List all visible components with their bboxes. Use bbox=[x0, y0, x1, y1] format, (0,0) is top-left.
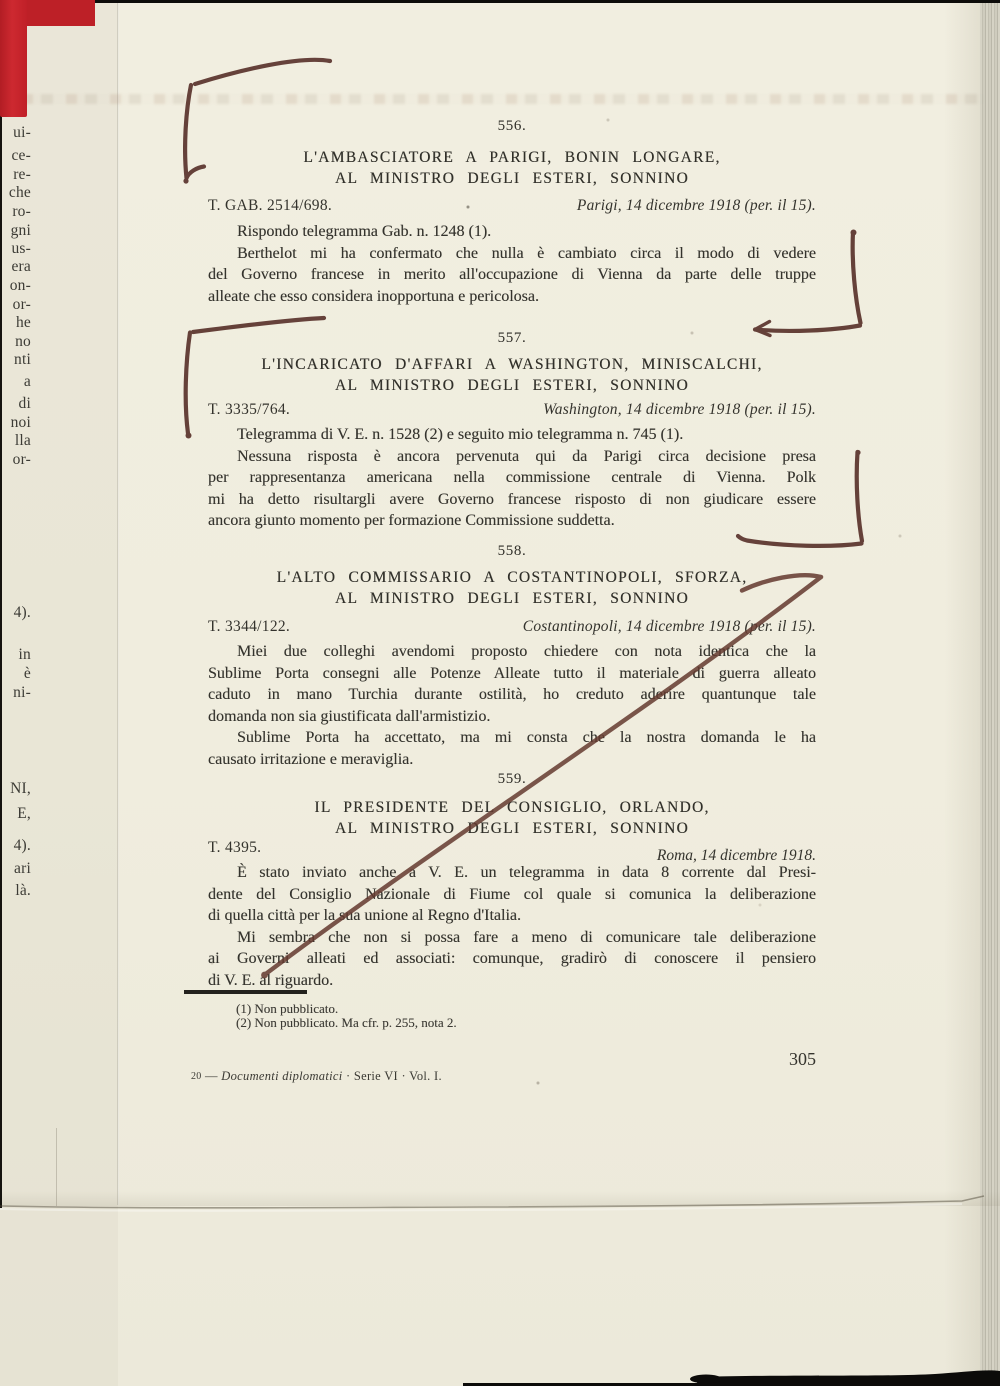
ink-blob bbox=[851, 230, 857, 236]
pen-bracket-556-close-bottom bbox=[755, 326, 860, 331]
pen-bracket-557-close-bottom bbox=[738, 536, 862, 546]
scanned-document-page: ui-ce-re-chero-gnius-eraon-or-henontiadi… bbox=[0, 0, 1000, 1386]
pen-bracket-556-open-side bbox=[185, 85, 191, 178]
pen-bracket-556-open-tick bbox=[187, 167, 205, 179]
pen-bracket-557-open-top bbox=[193, 318, 324, 332]
pen-bracket-556-close-side bbox=[853, 232, 861, 323]
ink-blob bbox=[183, 178, 188, 183]
pen-bracket-556-open-top bbox=[195, 60, 330, 84]
ink-blob bbox=[261, 972, 268, 979]
pen-bracket-557-close-side bbox=[857, 452, 862, 541]
scan-edge-bottom-blob bbox=[463, 1370, 1000, 1386]
ink-blob bbox=[186, 433, 192, 439]
pen-diagonal-strike bbox=[265, 577, 821, 975]
annotation-overlay bbox=[0, 0, 1000, 1386]
pen-bracket-557-open-side bbox=[186, 333, 190, 434]
scan-edge-bump bbox=[690, 1375, 722, 1384]
ink-blob bbox=[855, 450, 860, 455]
